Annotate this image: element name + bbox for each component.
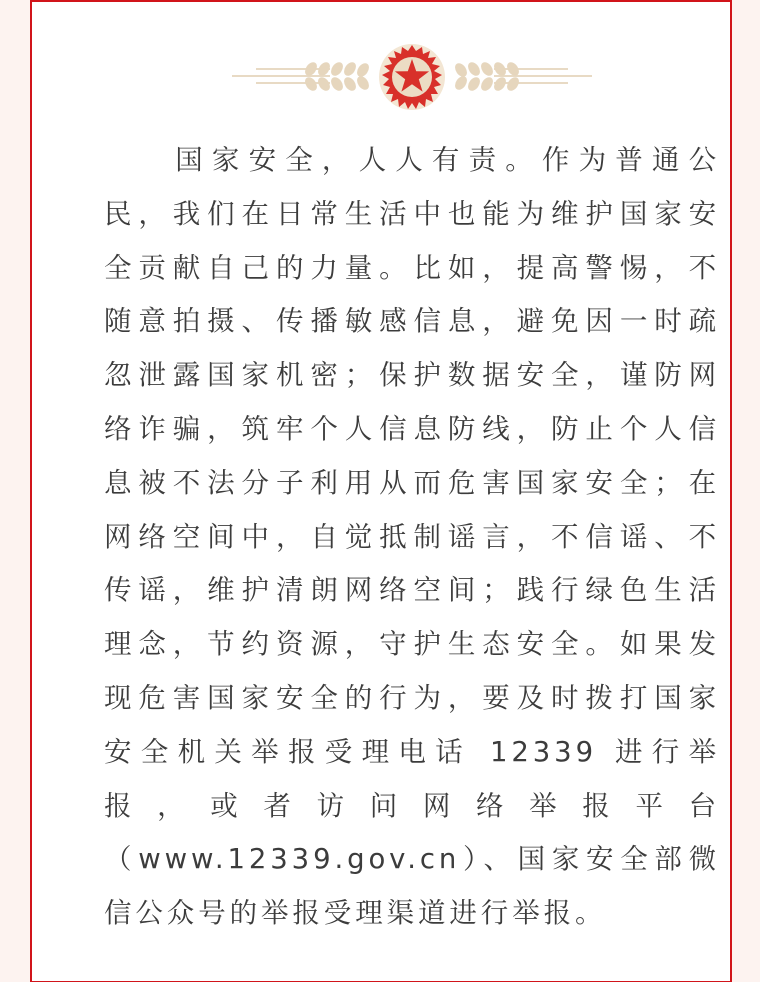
article-line-13: 报，或者访问网络举报平台 bbox=[104, 780, 720, 834]
article-line-1: 国家安全，人人有责。作为普通公 bbox=[104, 134, 720, 188]
header-ornament bbox=[230, 42, 594, 112]
divider-ornament-icon bbox=[230, 42, 594, 112]
article-line-11: 现危害国家安全的行为，要及时拨打国家 bbox=[104, 672, 720, 726]
article-line-8: 网络空间中，自觉抵制谣言，不信谣、不 bbox=[104, 511, 720, 565]
article-line-12: 安全机关举报受理电话 12339 进行举 bbox=[104, 726, 720, 780]
article-card: 国家安全，人人有责。作为普通公 民，我们在日常生活中也能为维护国家安 全贡献自己… bbox=[30, 0, 732, 982]
article-line-6: 络诈骗，筑牢个人信息防线，防止个人信 bbox=[104, 403, 720, 457]
article-line-2: 民，我们在日常生活中也能为维护国家安 bbox=[104, 188, 720, 242]
article-line-4: 随意拍摄、传播敏感信息，避免因一时疏 bbox=[104, 295, 720, 349]
article-line-15: 信公众号的举报受理渠道进行举报。 bbox=[104, 887, 720, 941]
article-line-14: （www.12339.gov.cn）、国家安全部微 bbox=[104, 833, 720, 887]
article-text: 国家安全，人人有责。作为普通公 bbox=[170, 144, 720, 176]
article-line-5: 忽泄露国家机密；保护数据安全，谨防网 bbox=[104, 349, 720, 403]
article-line-7: 息被不法分子利用从而危害国家安全；在 bbox=[104, 457, 720, 511]
article-line-10: 理念，节约资源，守护生态安全。如果发 bbox=[104, 618, 720, 672]
article-line-3: 全贡献自己的力量。比如，提高警惕，不 bbox=[104, 242, 720, 296]
article-body: 国家安全，人人有责。作为普通公 民，我们在日常生活中也能为维护国家安 全贡献自己… bbox=[104, 134, 720, 941]
article-line-9: 传谣，维护清朗网络空间；践行绿色生活 bbox=[104, 564, 720, 618]
red-star-emblem-icon bbox=[379, 44, 445, 110]
